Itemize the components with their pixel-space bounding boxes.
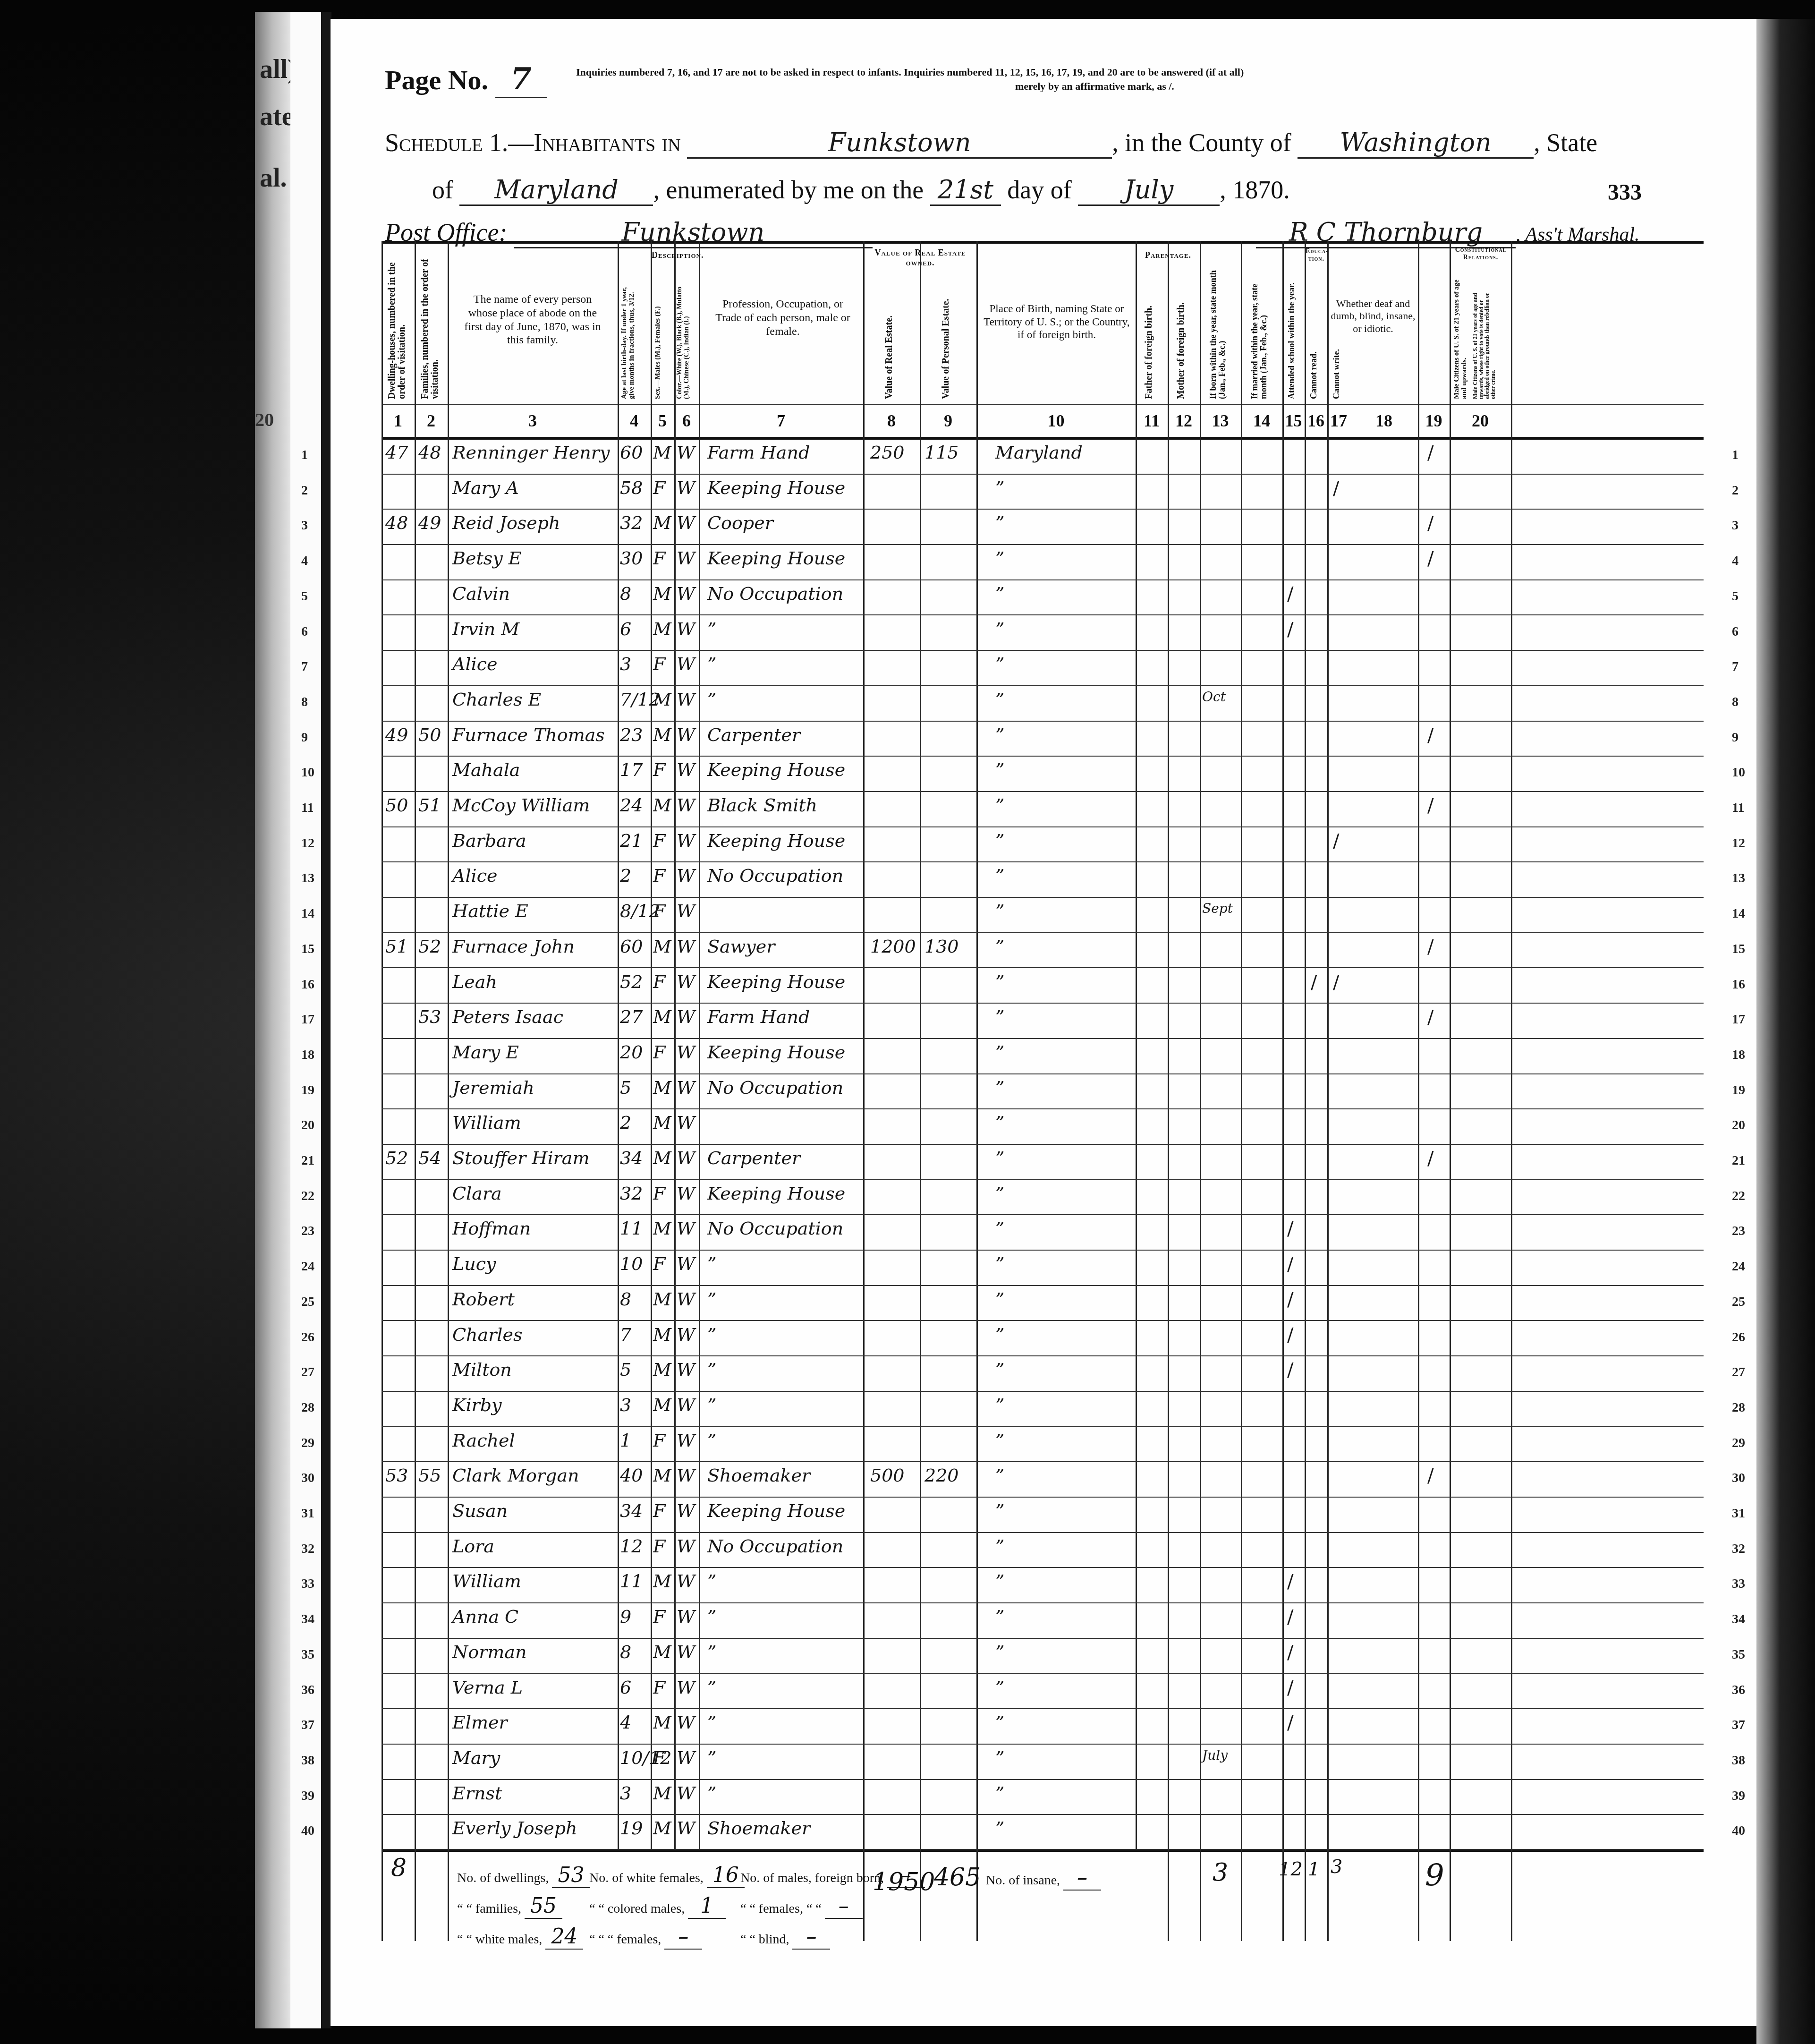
foreign-males-label: No. of males, foreign born, xyxy=(740,1871,884,1885)
birthplace: ” xyxy=(995,724,1004,745)
line-number: 20 xyxy=(301,1118,314,1133)
occupation: ” xyxy=(707,1324,716,1345)
col-number: 11 xyxy=(1136,411,1168,431)
birthplace: ” xyxy=(995,1677,1004,1698)
colored-males-summary: “ “ colored males, 1 xyxy=(589,1894,726,1919)
birthplace: ” xyxy=(995,1747,1004,1768)
person-name: Charles E xyxy=(452,689,541,710)
family-number: 53 xyxy=(418,1006,441,1027)
line-number: 6 xyxy=(1732,624,1739,639)
occupation: ” xyxy=(707,1606,716,1627)
blind-summary: “ “ blind, – xyxy=(740,1925,830,1950)
occupation: Carpenter xyxy=(707,1148,800,1168)
person-name: Milton xyxy=(452,1359,512,1380)
person-name: Mary A xyxy=(452,477,519,498)
white-males-label: “ “ white males, xyxy=(457,1932,542,1947)
line-number: 16 xyxy=(1732,977,1745,992)
occupation: Carpenter xyxy=(707,724,800,745)
line-number: 1 xyxy=(301,448,308,463)
table-row: 88Charles E7/12MW””Oct xyxy=(382,686,1704,722)
occupation: Keeping House xyxy=(707,548,845,569)
age: 30 xyxy=(620,548,643,569)
birthplace: ” xyxy=(995,971,1004,992)
group-real-estate: Value of Real Estate owned. xyxy=(864,248,976,268)
birthplace: ” xyxy=(995,1395,1004,1415)
person-name: Alice xyxy=(452,654,498,674)
line-number: 3 xyxy=(301,518,308,533)
occupation: Black Smith xyxy=(707,795,817,816)
line-number: 21 xyxy=(301,1153,314,1168)
col-number: 19 xyxy=(1418,411,1450,431)
age: 20 xyxy=(620,1042,643,1063)
table-row: 2323Hoffman11MWNo Occupation”/ xyxy=(382,1215,1704,1251)
line-number: 10 xyxy=(1732,765,1745,780)
occupation: ” xyxy=(707,1712,716,1733)
table-row: 1414Hattie E8/12FW”Sept xyxy=(382,898,1704,933)
colored-females-label: “ “ “ females, xyxy=(589,1932,661,1947)
person-name: Jeremiah xyxy=(452,1077,534,1098)
col-5-header: Sex.—Males (M.), Females (F.) xyxy=(654,274,662,399)
table-row: 77Alice3FW”” xyxy=(382,651,1704,686)
color: W xyxy=(677,1042,695,1063)
birthplace: ” xyxy=(995,583,1004,604)
instructions-line-2: merely by an affirmative mark, as /. xyxy=(1015,80,1174,93)
cannot-read-mark: / xyxy=(1311,971,1317,993)
birthplace: ” xyxy=(995,901,1004,921)
color: W xyxy=(677,1112,695,1133)
person-name: Anna C xyxy=(452,1606,518,1627)
occupation: Sawyer xyxy=(707,936,775,957)
col-13-header: If born within the year, state month (Ja… xyxy=(1209,260,1227,399)
age: 3 xyxy=(620,1783,631,1804)
age: 34 xyxy=(620,1500,643,1521)
sex: M xyxy=(653,724,671,745)
sex: M xyxy=(653,1324,671,1345)
color: W xyxy=(677,1747,695,1768)
sex: M xyxy=(653,1359,671,1380)
male-citizen-mark: / xyxy=(1427,548,1433,570)
age: 2 xyxy=(620,1112,631,1133)
sex: F xyxy=(653,654,665,674)
attended-school-mark: / xyxy=(1287,1324,1293,1346)
birthplace: ” xyxy=(995,512,1004,533)
sex: F xyxy=(653,1536,665,1557)
line-number: 34 xyxy=(1732,1612,1745,1627)
color: W xyxy=(677,619,695,639)
attended-school-mark: / xyxy=(1287,619,1293,640)
color: W xyxy=(677,1500,695,1521)
person-name: Furnace John xyxy=(452,936,575,957)
color: W xyxy=(677,1712,695,1733)
colored-males-count: 1 xyxy=(688,1894,726,1919)
day-of-label: day of xyxy=(1007,176,1071,204)
color: W xyxy=(677,1006,695,1027)
age: 5 xyxy=(620,1077,631,1098)
color: W xyxy=(677,936,695,957)
attended-school-mark: / xyxy=(1287,1571,1293,1593)
col-6-header: Color.—White (W.), Black (B.), Mulatto (… xyxy=(677,274,690,399)
age: 23 xyxy=(620,724,643,745)
white-females-count: 16 xyxy=(707,1863,745,1888)
birthplace: ” xyxy=(995,830,1004,851)
col-number: 10 xyxy=(976,411,1136,431)
header-bottom-rule xyxy=(382,404,1704,405)
birth-month: Sept xyxy=(1202,901,1233,916)
age: 60 xyxy=(620,442,643,463)
person-name: Mary xyxy=(452,1747,500,1768)
table-row: 3333William11MW””/ xyxy=(382,1568,1704,1603)
line-number: 28 xyxy=(1732,1400,1745,1415)
line-number: 35 xyxy=(301,1647,314,1662)
color: W xyxy=(677,442,695,463)
occupation: ” xyxy=(707,1571,716,1592)
line-number: 36 xyxy=(301,1683,314,1698)
line-number: 10 xyxy=(301,765,314,780)
color: W xyxy=(677,1183,695,1204)
birthplace: ” xyxy=(995,689,1004,710)
col-20-header: Male Citizens of U. S. of 21 years of ag… xyxy=(1472,279,1496,399)
line-number: 14 xyxy=(1732,906,1745,921)
table-row: 11115051McCoy William24MWBlack Smith”/ xyxy=(382,792,1704,827)
line-number: 2 xyxy=(1732,483,1739,498)
table-top-rule xyxy=(382,241,1704,244)
schedule-line: Schedule 1.—Inhabitants in Funkstown, in… xyxy=(385,128,1597,159)
table-row: 2626Charles7MW””/ xyxy=(382,1321,1704,1357)
sex: M xyxy=(653,1712,671,1733)
occupation: ” xyxy=(707,1747,716,1768)
col-number: 17 xyxy=(1327,411,1350,431)
col-number: 16 xyxy=(1305,411,1327,431)
birthplace: ” xyxy=(995,1112,1004,1133)
line-number: 28 xyxy=(301,1400,314,1415)
person-name: Mary E xyxy=(452,1042,519,1063)
col-number: 14 xyxy=(1241,411,1282,431)
occupation: Keeping House xyxy=(707,1183,845,1204)
col-8-header: Value of Real Estate. xyxy=(884,279,894,399)
color: W xyxy=(677,689,695,710)
col-10-header: Place of Birth, naming State or Territor… xyxy=(984,302,1130,341)
age: 10 xyxy=(620,1253,643,1274)
dwelling-number: 49 xyxy=(385,724,408,745)
foreign-females-label: “ “ females, “ “ xyxy=(740,1901,822,1916)
occupation: ” xyxy=(707,1677,716,1698)
attended-school-mark: / xyxy=(1287,1606,1293,1628)
col-4-header: Age at last birth-day. If under 1 year, … xyxy=(621,274,636,399)
male-citizen-mark: / xyxy=(1427,1465,1433,1487)
table-row: 114748Renninger Henry60MWFarm Hand250115… xyxy=(382,439,1704,475)
line-number: 33 xyxy=(1732,1576,1745,1592)
line-number: 25 xyxy=(1732,1295,1745,1310)
col-number: 13 xyxy=(1200,411,1241,431)
sex: F xyxy=(653,477,665,498)
table-row: 1616Leah52FWKeeping House”// xyxy=(382,969,1704,1004)
birthplace: ” xyxy=(995,936,1004,957)
blind-count: – xyxy=(792,1925,830,1950)
line-number: 30 xyxy=(301,1471,314,1486)
occupation: Shoemaker xyxy=(707,1465,810,1486)
line-number: 37 xyxy=(301,1718,314,1733)
line-number: 40 xyxy=(1732,1823,1745,1839)
age: 12 xyxy=(620,1536,643,1557)
white-females-summary: No. of white females, 16 xyxy=(589,1863,745,1888)
attended-school-mark: / xyxy=(1287,1289,1293,1311)
birth-month: July xyxy=(1202,1747,1228,1763)
line-number: 6 xyxy=(301,624,308,639)
line-number: 18 xyxy=(301,1048,314,1063)
line-number: 37 xyxy=(1732,1718,1745,1733)
occupation: ” xyxy=(707,619,716,639)
sex: M xyxy=(653,1112,671,1133)
line-number: 2 xyxy=(301,483,308,498)
occupation: ” xyxy=(707,1783,716,1804)
line-number: 29 xyxy=(1732,1436,1745,1451)
birthplace: ” xyxy=(995,548,1004,569)
person-name: Everly Joseph xyxy=(452,1818,577,1839)
col-number: 18 xyxy=(1350,411,1418,431)
sex: F xyxy=(653,971,665,992)
age: 11 xyxy=(620,1571,643,1592)
table-row: 15155152Furnace John60MWSawyer1200130”/ xyxy=(382,933,1704,969)
age: 32 xyxy=(620,1183,643,1204)
dwellings-count: 53 xyxy=(552,1863,590,1888)
occupation: ” xyxy=(707,1430,716,1451)
sex: F xyxy=(653,548,665,569)
sex: M xyxy=(653,1571,671,1592)
color: W xyxy=(677,512,695,533)
family-number: 55 xyxy=(418,1465,441,1486)
line-number: 11 xyxy=(301,801,314,816)
person-name: Mahala xyxy=(452,759,520,780)
real-estate-value: 500 xyxy=(870,1465,905,1486)
color: W xyxy=(677,1430,695,1451)
table-row: 3535Norman8MW””/ xyxy=(382,1639,1704,1674)
birthplace: ” xyxy=(995,795,1004,816)
table-row: 1212Barbara21FWKeeping House”/ xyxy=(382,827,1704,863)
birthplace: ” xyxy=(995,1536,1004,1557)
line-number: 13 xyxy=(1732,871,1745,886)
col-12-header: Mother of foreign birth. xyxy=(1176,279,1186,399)
male-citizen-mark: / xyxy=(1427,1006,1433,1028)
sex: M xyxy=(653,689,671,710)
age: 58 xyxy=(620,477,643,498)
birthplace: ” xyxy=(995,865,1004,886)
person-name: Rachel xyxy=(452,1430,515,1451)
group-education: Educa-tion. xyxy=(1306,248,1327,263)
occupation: No Occupation xyxy=(707,1218,843,1239)
line-number: 8 xyxy=(1732,695,1739,710)
line-number: 23 xyxy=(301,1224,314,1239)
col-number: 5 xyxy=(651,411,674,431)
color: W xyxy=(677,1359,695,1380)
color: W xyxy=(677,1465,695,1486)
table-row: 2020William2MW” xyxy=(382,1109,1704,1145)
sex: M xyxy=(653,1642,671,1662)
table-row: 21215254Stouffer Hiram34MWCarpenter”/ xyxy=(382,1145,1704,1180)
table-row: 22Mary A58FWKeeping House”/ xyxy=(382,475,1704,510)
age: 27 xyxy=(620,1006,643,1027)
person-name: Susan xyxy=(452,1500,508,1521)
line-number: 38 xyxy=(301,1753,314,1768)
col-number: 2 xyxy=(415,411,448,431)
color: W xyxy=(677,795,695,816)
enumeration-month: July xyxy=(1078,175,1220,206)
prev-page-col-num: 20 xyxy=(255,409,274,431)
color: W xyxy=(677,759,695,780)
occupation: No Occupation xyxy=(707,1536,843,1557)
dwelling-number: 52 xyxy=(385,1148,408,1168)
state-label: , State xyxy=(1534,128,1597,157)
person-name: Clark Morgan xyxy=(452,1465,579,1486)
table-row: 30305355Clark Morgan40MWShoemaker500220”… xyxy=(382,1462,1704,1498)
insane-summary: No. of insane, – xyxy=(986,1865,1101,1891)
table-row: 1313Alice2FWNo Occupation” xyxy=(382,862,1704,898)
age: 3 xyxy=(620,654,631,674)
sex: M xyxy=(653,619,671,639)
age: 52 xyxy=(620,971,643,992)
cannot-write-mark: / xyxy=(1333,477,1339,499)
color: W xyxy=(677,1606,695,1627)
table-row: 2525Robert8MW””/ xyxy=(382,1286,1704,1321)
person-name: Robert xyxy=(452,1289,515,1310)
line-number: 19 xyxy=(1732,1083,1745,1098)
age: 8 xyxy=(620,583,631,604)
age: 8 xyxy=(620,1289,631,1310)
color: W xyxy=(677,477,695,498)
cannot-write-mark: / xyxy=(1333,830,1339,852)
real-estate-value: 250 xyxy=(870,442,905,463)
age: 32 xyxy=(620,512,643,533)
age: 3 xyxy=(620,1395,631,1415)
colored-females-summary: “ “ “ females, – xyxy=(589,1925,702,1950)
col-1-header: Dwelling-houses, numbered in the order o… xyxy=(387,250,407,399)
color: W xyxy=(677,1677,695,1698)
enumerated-label: , enumerated by me on the xyxy=(653,176,924,204)
sex: M xyxy=(653,1289,671,1310)
table-row: 3838Mary10/12FW””July xyxy=(382,1745,1704,1780)
year-label: , 1870. xyxy=(1220,176,1290,204)
color: W xyxy=(677,830,695,851)
line-number: 15 xyxy=(1732,942,1745,957)
sex: F xyxy=(653,1183,665,1204)
table-row: 3434Anna C9FW””/ xyxy=(382,1603,1704,1639)
person-name: Irvin M xyxy=(452,619,519,639)
attended-school-mark: / xyxy=(1287,1253,1293,1275)
line-number: 14 xyxy=(301,906,314,921)
line-number: 3 xyxy=(1732,518,1739,533)
line-number: 24 xyxy=(301,1259,314,1274)
sex: M xyxy=(653,1395,671,1415)
color: W xyxy=(677,1783,695,1804)
enumeration-day: 21st xyxy=(930,175,1001,206)
birthplace: ” xyxy=(995,1289,1004,1310)
occupation: ” xyxy=(707,1289,716,1310)
person-name: William xyxy=(452,1571,521,1592)
sex: F xyxy=(653,865,665,886)
col-number: 7 xyxy=(699,411,863,431)
col-number: 1 xyxy=(382,411,415,431)
birthplace: ” xyxy=(995,1571,1004,1592)
table-row: 55Calvin8MWNo Occupation”/ xyxy=(382,580,1704,616)
line-number: 36 xyxy=(1732,1683,1745,1698)
male-citizen-mark: / xyxy=(1427,724,1433,746)
line-number: 9 xyxy=(1732,730,1739,745)
age: 4 xyxy=(620,1712,631,1733)
age: 34 xyxy=(620,1148,643,1168)
person-name: Reid Joseph xyxy=(452,512,560,533)
line-number: 31 xyxy=(1732,1506,1745,1521)
of-label: of xyxy=(432,176,453,204)
age: 2 xyxy=(620,865,631,886)
occupation: Keeping House xyxy=(707,477,845,498)
page-number: 7 xyxy=(495,61,547,98)
line-number: 17 xyxy=(301,1012,314,1027)
birthplace: ” xyxy=(995,1606,1004,1627)
line-number: 11 xyxy=(1732,801,1744,816)
person-name: Stouffer Hiram xyxy=(452,1148,589,1168)
line-number: 25 xyxy=(301,1295,314,1310)
dwellings-label: No. of dwellings, xyxy=(457,1871,549,1885)
sex: F xyxy=(653,759,665,780)
line-number: 7 xyxy=(1732,659,1739,674)
col-number: 4 xyxy=(618,411,651,431)
line-number: 27 xyxy=(301,1365,314,1380)
occupation: Keeping House xyxy=(707,830,845,851)
line-number: 22 xyxy=(301,1189,314,1204)
sex: F xyxy=(653,1606,665,1627)
enumeration-line: of Maryland, enumerated by me on the 21s… xyxy=(432,175,1290,206)
color: W xyxy=(677,1818,695,1839)
insane-label: No. of insane, xyxy=(986,1873,1060,1888)
line-number: 20 xyxy=(1732,1118,1745,1133)
dwelling-number: 47 xyxy=(385,442,408,463)
person-name: Charles xyxy=(452,1324,523,1345)
real-estate-value: 1200 xyxy=(870,936,916,957)
table-row: 2929Rachel1FW”” xyxy=(382,1427,1704,1463)
age: 5 xyxy=(620,1359,631,1380)
table-row: 2727Milton5MW””/ xyxy=(382,1356,1704,1392)
table-row: 1818Mary E20FWKeeping House” xyxy=(382,1039,1704,1074)
occupation: No Occupation xyxy=(707,583,843,604)
line-number: 31 xyxy=(301,1506,314,1521)
table-row: 2222Clara32FWKeeping House” xyxy=(382,1180,1704,1216)
col-2-header: Families, numbered in the order of visit… xyxy=(420,250,440,399)
occupation: Cooper xyxy=(707,512,773,533)
line-number: 39 xyxy=(1732,1788,1745,1804)
sex: M xyxy=(653,1465,671,1486)
line-number: 13 xyxy=(301,871,314,886)
white-males-summary: “ “ white males, 24 xyxy=(457,1925,583,1950)
table-row: 171753Peters Isaac27MWFarm Hand”/ xyxy=(382,1004,1704,1039)
line-number: 34 xyxy=(301,1612,314,1627)
col-number: 6 xyxy=(674,411,699,431)
line-number: 29 xyxy=(301,1436,314,1451)
age: 6 xyxy=(620,1677,631,1698)
table-row: 1919Jeremiah5MWNo Occupation” xyxy=(382,1074,1704,1110)
birthplace: ” xyxy=(995,1148,1004,1168)
age: 40 xyxy=(620,1465,643,1486)
person-name: Verna L xyxy=(452,1677,523,1698)
occupation: ” xyxy=(707,689,716,710)
line-number: 9 xyxy=(301,730,308,745)
family-number: 50 xyxy=(418,724,441,745)
page-number-line: Page No. 7 xyxy=(385,61,547,98)
line-number: 27 xyxy=(1732,1365,1745,1380)
line-number: 26 xyxy=(1732,1330,1745,1345)
color: W xyxy=(677,1253,695,1274)
group-description: Description. xyxy=(652,250,699,260)
color: W xyxy=(677,654,695,674)
color: W xyxy=(677,971,695,992)
